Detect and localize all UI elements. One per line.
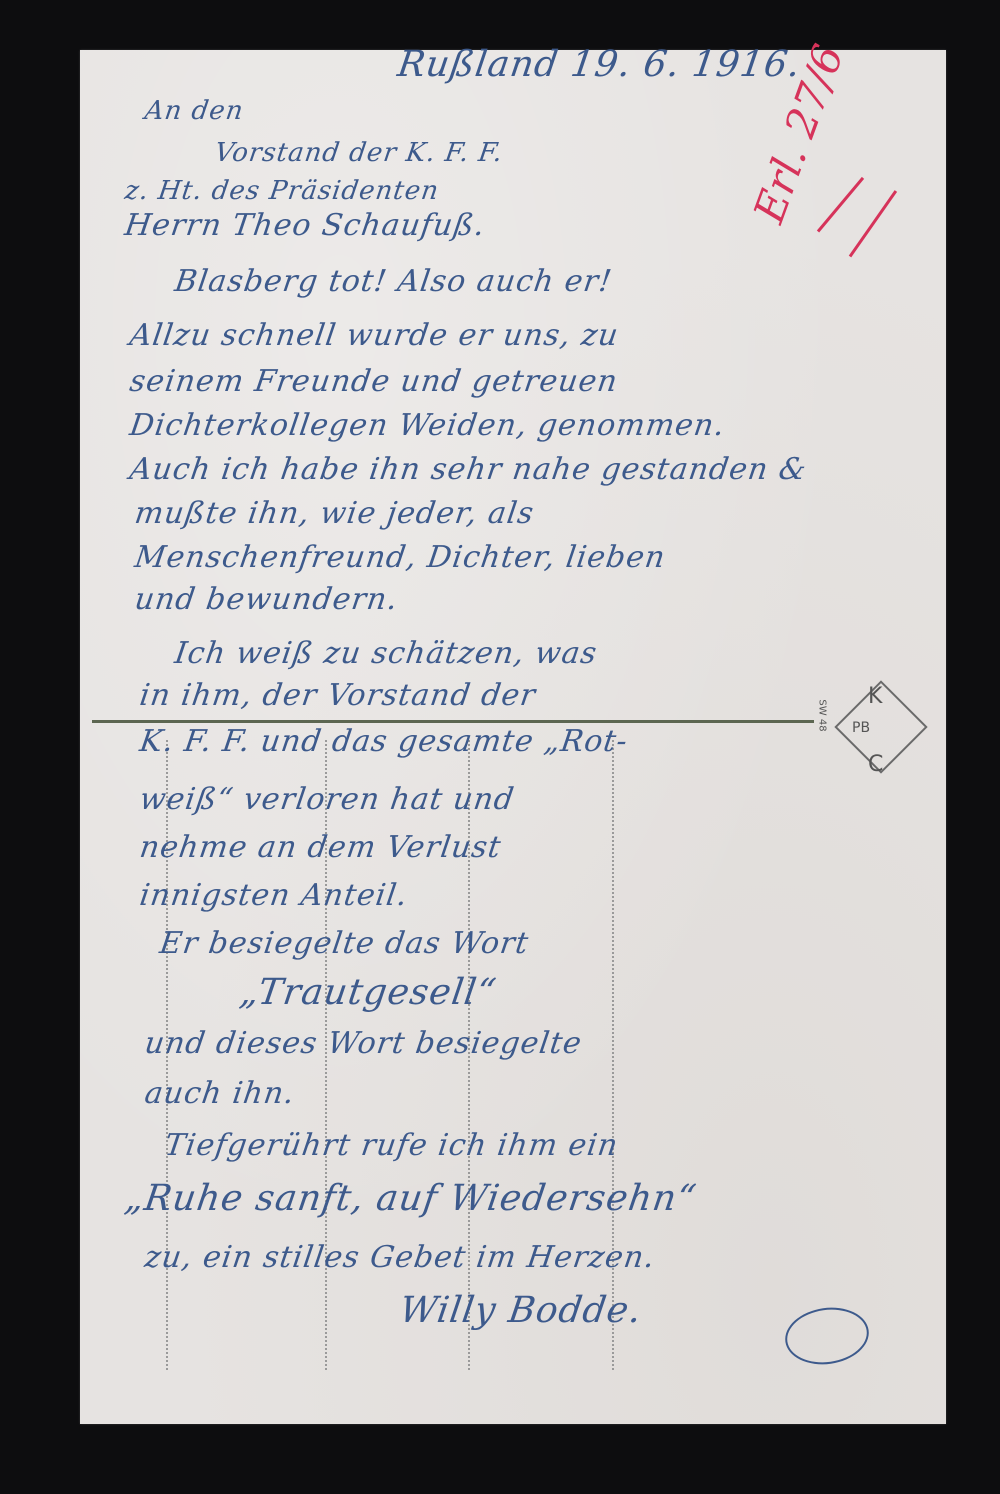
- perforation-line: [612, 740, 614, 1370]
- body-line: auch ihn.: [143, 1076, 298, 1111]
- body-line: Blasberg tot! Also auch er!: [173, 264, 615, 299]
- address-line-4: Herrn Theo Schaufuß.: [123, 208, 488, 243]
- body-line: Menschenfreund, Dichter, lieben: [133, 540, 668, 575]
- body-line: Tiefgerührt rufe ich ihm ein: [163, 1128, 621, 1163]
- body-line: „Ruhe sanft, auf Wiedersehn“: [122, 1178, 699, 1219]
- stamp-side-text: SW 48: [817, 699, 828, 731]
- body-line: Ich weiß zu schätzen, was: [173, 636, 600, 671]
- body-line: und dieses Wort besiegelte: [143, 1026, 585, 1061]
- body-line: Auch ich habe ihn sehr nahe gestanden &: [128, 452, 810, 487]
- body-line: Er besiegelte das Wort: [158, 926, 532, 961]
- body-line: in ihm, der Vorstand der: [138, 678, 539, 713]
- body-line: seinem Freunde und getreuen: [128, 364, 621, 399]
- stamp-letter-bottom: C: [868, 752, 883, 777]
- body-line: nehme an dem Verlust: [138, 830, 504, 865]
- body-line: innigsten Anteil.: [138, 878, 411, 913]
- stamp-letter-mid: PB: [852, 720, 870, 736]
- body-line: Allzu schnell wurde er uns, zu: [128, 318, 621, 353]
- body-line: zu, ein stilles Gebet im Herzen.: [143, 1240, 658, 1275]
- place-date: Rußland 19. 6. 1916.: [395, 44, 803, 85]
- address-line-2: Vorstand der K. F. F.: [213, 138, 505, 168]
- stamp-letter-top: K: [868, 684, 882, 709]
- printed-divider-line: [92, 720, 814, 723]
- address-line-3: z. Ht. des Präsidenten: [123, 176, 441, 206]
- body-line: K. F. F. und das gesamte „Rot-: [138, 724, 631, 759]
- body-line: Dichterkollegen Weiden, genommen.: [128, 408, 728, 443]
- body-line: und bewundern.: [133, 582, 401, 617]
- signature: Willy Bodde.: [397, 1290, 644, 1331]
- body-line: „Trautgesell“: [237, 972, 499, 1013]
- body-line: mußte ihn, wie jeder, als: [133, 496, 537, 531]
- body-line: weiß“ verloren hat und: [138, 782, 517, 817]
- address-line-1: An den: [143, 96, 246, 126]
